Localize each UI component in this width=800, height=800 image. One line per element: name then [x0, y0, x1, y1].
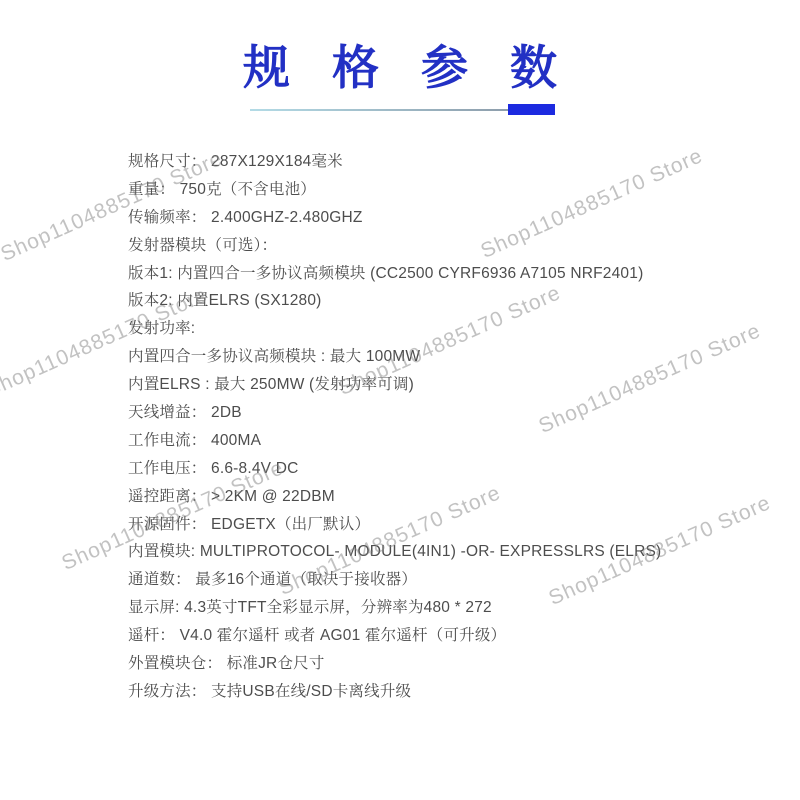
- spec-line-frequency: 传输频率： 2.400GHZ-2.480GHZ: [128, 202, 728, 230]
- spec-line-weight: 重量： 750克（不含电池）: [128, 174, 728, 202]
- spec-line-antenna-gain: 天线增益： 2DB: [128, 397, 728, 425]
- spec-line-elrs-power: 内置ELRS : 最大 250MW (发射功率可调): [128, 369, 728, 397]
- title-underline: [250, 104, 555, 116]
- spec-list: 规格尺寸： 287X129X184毫米 重量： 750克（不含电池） 传输频率：…: [128, 146, 728, 704]
- spec-line-dimensions: 规格尺寸： 287X129X184毫米: [128, 146, 728, 174]
- spec-sheet-page: 规格参数 规格尺寸： 287X129X184毫米 重量： 750克（不含电池） …: [0, 0, 800, 800]
- spec-line-channels: 通道数： 最多16个通道（取决于接收器）: [128, 564, 728, 592]
- spec-line-4in1-power: 内置四合一多协议高频模块 : 最大 100MW: [128, 341, 728, 369]
- spec-line-range: 遥控距离： > 2KM @ 22DBM: [128, 481, 728, 509]
- spec-line-gimbals: 遥杆： V4.0 霍尔遥杆 或者 AG01 霍尔遥杆（可升级）: [128, 620, 728, 648]
- title-underline-line: [250, 109, 511, 111]
- spec-line-voltage: 工作电压： 6.6-8.4V DC: [128, 453, 728, 481]
- spec-line-module-bay: 外置模块仓： 标准JR仓尺寸: [128, 648, 728, 676]
- spec-line-firmware: 开源固件： EDGETX（出厂默认）: [128, 509, 728, 537]
- spec-line-version2: 版本2: 内置ELRS (SX1280): [128, 285, 728, 313]
- spec-line-tx-module: 发射器模块（可选）：: [128, 230, 728, 258]
- spec-line-builtin-module: 内置模块: MULTIPROTOCOL- MODULE(4IN1) -OR- E…: [128, 536, 728, 564]
- spec-line-display: 显示屏: 4.3英寸TFT全彩显示屏，分辨率为480 * 272: [128, 592, 728, 620]
- spec-line-current: 工作电流： 400MA: [128, 425, 728, 453]
- spec-line-upgrade-method: 升级方法： 支持USB在线/SD卡离线升级: [128, 676, 728, 704]
- title-underline-bar: [508, 104, 555, 115]
- spec-line-version1: 版本1: 内置四合一多协议高频模块 (CC2500 CYRF6936 A7105…: [128, 258, 728, 286]
- spec-line-tx-power: 发射功率:: [128, 313, 728, 341]
- page-title: 规格参数: [243, 40, 599, 96]
